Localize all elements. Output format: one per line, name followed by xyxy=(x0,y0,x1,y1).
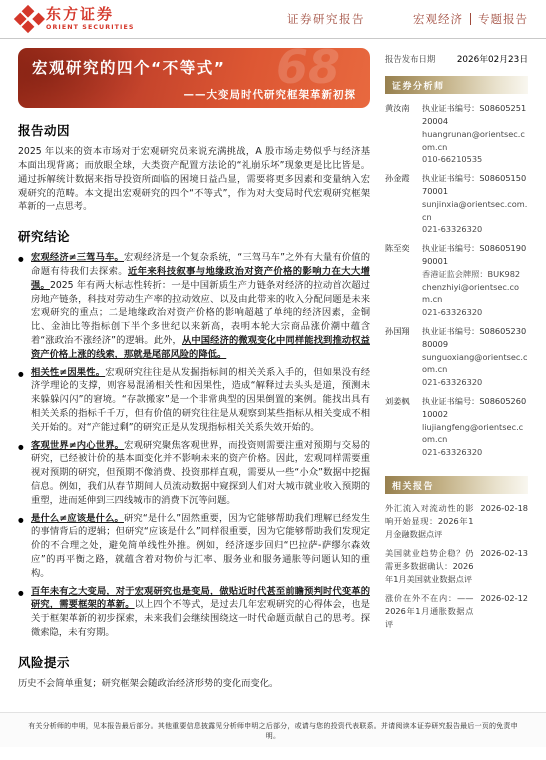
related-report-item: 美国就业趋势企稳？仍需更多数据确认：2026年1月美国就业数据点评2026-02… xyxy=(385,547,528,586)
conclusion-list: 宏观经济≠三驾马车。宏观经济是一个复杂系统，“三驾马车”之外有大量有价值的命题有… xyxy=(18,251,370,640)
related-report-title: 外汇流入对流动性的影响开始显现：2026年1月金融数据点评 xyxy=(385,502,480,541)
conclusion-bullet: 相关性≠因果性。宏观研究往往是从发掘指标间的相关关系入手的，但如果没有经济学理论… xyxy=(18,366,370,435)
analyst-detail-line: sunguoxiang@orientsec.com.cn xyxy=(422,351,528,377)
analyst-detail-line: huangrunan@orientsec.com.cn xyxy=(422,128,528,154)
analyst-details: 执业证书编号：S0860519090001香港证监会牌照：BUK982chenz… xyxy=(422,242,528,319)
related-report-title: 涨价在外不在内：——2026年1月通胀数据点评 xyxy=(385,592,480,631)
risk-body: 历史不会简单重复；研究框架会随政治经济形势的变化而变化。 xyxy=(18,677,370,691)
analyst-detail-line: 执业证书编号：S0860515070001 xyxy=(422,172,528,198)
related-report-date: 2026-02-18 xyxy=(480,502,528,541)
motivation-body: 2025 年以来的资本市场对于宏观研究员来说充满挑战，A 股市场走势似乎与经济基… xyxy=(18,145,370,214)
publish-date-value: 2026年02月23日 xyxy=(457,52,528,65)
disclaimer-text: 有关分析师的申明，见本报告最后部分。其他重要信息披露见分析师申明之后部分，或请与… xyxy=(26,721,520,741)
analyst-entry: 刘姜枫执业证书编号：S0860526010002liujiangfeng@ori… xyxy=(385,395,528,459)
analyst-details: 执业证书编号：S0860526010002liujiangfeng@orient… xyxy=(422,395,528,459)
bullet-emphasis-text: 相关性≠因果性。 xyxy=(31,367,105,378)
brand-name-en: ORIENT SECURITIES xyxy=(46,25,135,31)
related-report-date: 2026-02-12 xyxy=(480,592,528,631)
report-page: 东方证券 ORIENT SECURITIES 证券研究报告 宏观经济 专题报告 … xyxy=(0,0,546,760)
analyst-name: 刘姜枫 xyxy=(385,395,422,459)
related-report-title: 美国就业趋势企稳？仍需更多数据确认：2026年1月美国就业数据点评 xyxy=(385,547,480,586)
analyst-detail-line: 021-63326320 xyxy=(422,376,528,389)
analyst-detail-line: 021-63326320 xyxy=(422,446,528,459)
analyst-name: 孙金霞 xyxy=(385,172,422,236)
publish-date-row: 报告发布日期 2026年02月23日 xyxy=(385,49,528,76)
analyst-entry: 陈至奕执业证书编号：S0860519090001香港证监会牌照：BUK982ch… xyxy=(385,242,528,319)
related-reports-header: 相关报告 xyxy=(385,476,528,494)
analyst-detail-line: 021-63326320 xyxy=(422,306,528,319)
related-report-item: 外汇流入对流动性的影响开始显现：2026年1月金融数据点评2026-02-18 xyxy=(385,502,528,541)
report-body-column: 68 宏观研究的四个“不等式” ——大变局时代研究框架革新初探 报告动因 202… xyxy=(18,48,370,690)
category-label: 宏观经济 xyxy=(413,11,463,27)
report-category: 宏观经济 专题报告 xyxy=(413,11,528,27)
report-type-label: 证券研究报告 xyxy=(287,11,365,27)
motivation-heading: 报告动因 xyxy=(18,121,370,139)
analyst-detail-line: 021-63326320 xyxy=(422,223,528,236)
report-subtitle: ——大变局时代研究框架革新初探 xyxy=(32,87,358,102)
report-sidebar: 报告发布日期 2026年02月23日 证券分析师 黄汝南执业证书编号：S0860… xyxy=(385,48,528,690)
analyst-detail-line: 执业证书编号：S0860526010002 xyxy=(422,395,528,421)
conclusion-bullet: 客观世界≠内心世界。宏观研究聚焦客观世界，而投资则需要注重对预期与交易的研究，已… xyxy=(18,439,370,508)
conclusion-bullet: 宏观经济≠三驾马车。宏观经济是一个复杂系统，“三驾马车”之外有大量有价值的命题有… xyxy=(18,251,370,361)
analyst-detail-line: 执业证书编号：S0860523080009 xyxy=(422,325,528,351)
conclusion-bullet: 百年未有之大变局，对于宏观研究也是变局，做贴近时代甚至前瞻预判时代变革的研究，需… xyxy=(18,585,370,640)
analyst-name: 孙国翔 xyxy=(385,325,422,389)
analysts-section-header: 证券分析师 xyxy=(385,76,528,94)
report-title: 宏观研究的四个“不等式” xyxy=(32,56,358,78)
analyst-detail-line: liujiangfeng@orientsec.com.cn xyxy=(422,421,528,447)
analyst-detail-line: sunjinxia@orientsec.com.cn xyxy=(422,198,528,224)
brand-name-cn: 东方证券 xyxy=(46,7,135,22)
conclusion-bullet: 是什么≠应该是什么。研究“是什么”固然重要，因为它能够帮助我们理解已经发生的事情… xyxy=(18,512,370,581)
publish-date-label: 报告发布日期 xyxy=(385,53,435,65)
bullet-emphasis-text: 是什么≠应该是什么。 xyxy=(31,513,124,524)
analyst-entry: 黄汝南执业证书编号：S0860525120004huangrunan@orien… xyxy=(385,102,528,166)
analyst-details: 执业证书编号：S0860525120004huangrunan@orientse… xyxy=(422,102,528,166)
related-report-date: 2026-02-13 xyxy=(480,547,528,586)
analyst-details: 执业证书编号：S0860515070001sunjinxia@orientsec… xyxy=(422,172,528,236)
analyst-name: 黄汝南 xyxy=(385,102,422,166)
conclusions-heading: 研究结论 xyxy=(18,227,370,245)
analyst-detail-line: 香港证监会牌照：BUK982 xyxy=(422,268,528,281)
analyst-detail-line: 执业证书编号：S0860525120004 xyxy=(422,102,528,128)
analyst-detail-line: chenzhiyi@orientsec.com.cn xyxy=(422,281,528,307)
title-banner: 68 宏观研究的四个“不等式” ——大变局时代研究框架革新初探 xyxy=(18,48,370,108)
category-separator xyxy=(470,13,471,25)
analyst-list: 黄汝南执业证书编号：S0860525120004huangrunan@orien… xyxy=(385,102,528,459)
related-report-list: 外汇流入对流动性的影响开始显现：2026年1月金融数据点评2026-02-18美… xyxy=(385,502,528,631)
analyst-detail-line: 010-66210535 xyxy=(422,153,528,166)
brand-logo: 东方证券 ORIENT SECURITIES xyxy=(18,7,135,31)
analyst-details: 执业证书编号：S0860523080009sunguoxiang@orients… xyxy=(422,325,528,389)
related-report-item: 涨价在外不在内：——2026年1月通胀数据点评2026-02-12 xyxy=(385,592,528,631)
brand-text: 东方证券 ORIENT SECURITIES xyxy=(46,7,135,31)
risk-heading: 风险提示 xyxy=(18,653,370,671)
orient-securities-logo-icon xyxy=(14,5,42,33)
bullet-emphasis-text: 客观世界≠内心世界。 xyxy=(31,440,124,451)
analyst-entry: 孙金霞执业证书编号：S0860515070001sunjinxia@orient… xyxy=(385,172,528,236)
analyst-detail-line: 执业证书编号：S0860519090001 xyxy=(422,242,528,268)
bullet-emphasis-text: 宏观经济≠三驾马车。 xyxy=(31,252,124,263)
page-footer: 有关分析师的申明，见本报告最后部分。其他重要信息披露见分析师申明之后部分，或请与… xyxy=(0,712,546,747)
page-header: 东方证券 ORIENT SECURITIES 证券研究报告 宏观经济 专题报告 xyxy=(0,0,546,39)
analyst-name: 陈至奕 xyxy=(385,242,422,319)
main-content: 68 宏观研究的四个“不等式” ——大变局时代研究框架革新初探 报告动因 202… xyxy=(0,39,546,690)
analyst-entry: 孙国翔执业证书编号：S0860523080009sunguoxiang@orie… xyxy=(385,325,528,389)
subcategory-label: 专题报告 xyxy=(478,11,528,27)
